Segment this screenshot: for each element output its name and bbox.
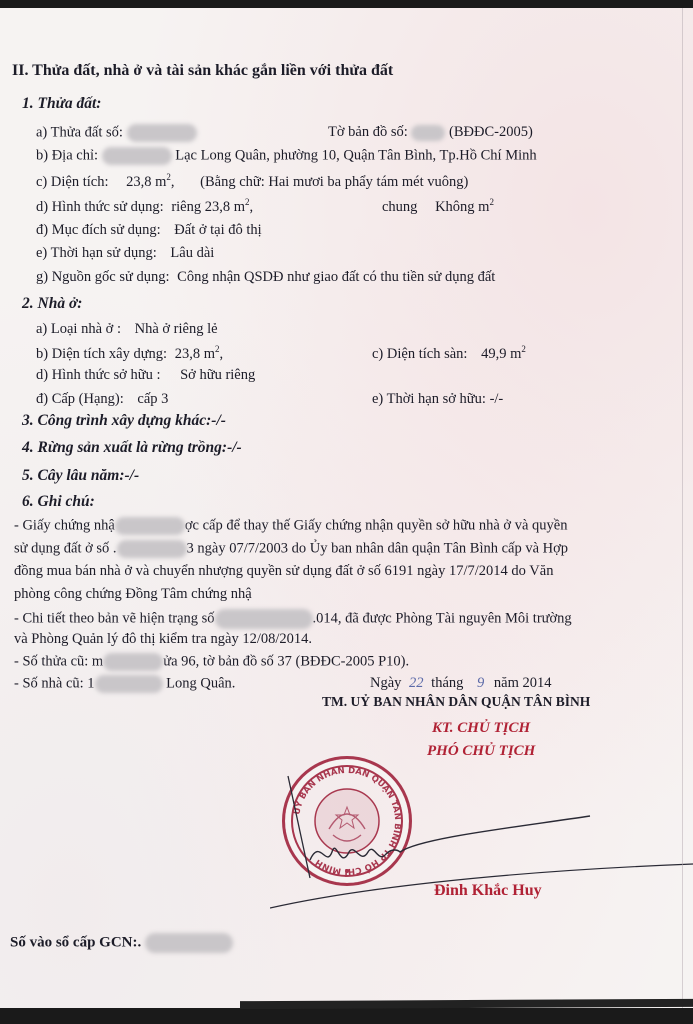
house-heading: 2. Nhà ở: [22,295,82,313]
area-row: c) Diện tích: 23,8 m2, (Bằng chữ: Hai mư… [36,172,468,191]
date-day: 22 [409,675,424,691]
build-area-value: 23,8 m [175,346,215,362]
map-sheet-label: Tờ bản đồ số: [328,124,408,140]
floor-area-label: c) Diện tích sàn: [372,346,467,362]
other-works-heading: 3. Công trình xây dựng khác:-/- [22,412,226,430]
certificate-page: II. Thửa đất, nhà ở và tài sản khác gắn … [0,8,693,1008]
redacted-old-parcel [103,653,163,671]
note-line-2: sử dụng đất ở số .3 ngày 07/7/2003 do Ủy… [14,540,568,558]
ownership-value: Sở hữu riêng [180,367,255,383]
date-month: 9 [477,675,484,691]
ownership-row: d) Hình thức sở hữu : Sở hữu riêng [36,367,255,384]
land-heading: 1. Thửa đất: [22,95,101,113]
section-title: II. Thửa đất, nhà ở và tài sản khác gắn … [12,62,393,80]
address-label: b) Địa chỉ: [36,147,98,163]
address-row: b) Địa chỉ: Lạc Long Quân, phường 10, Qu… [36,147,537,165]
floor-area-row: c) Diện tích sàn: 49,9 m2 [372,344,526,363]
note-text: sử dụng đất ở số . [14,540,117,556]
ownership-label: d) Hình thức sở hữu : [36,367,160,383]
area-words: (Bằng chữ: Hai mươi ba phẩy tám mét vuôn… [200,174,468,190]
usage-form-row: d) Hình thức sử dụng: riêng 23,8 m2, [36,197,253,216]
role-vice-chairman: PHÓ CHỦ TỊCH [427,743,535,760]
note-text: - Số nhà cũ: 1 [14,675,95,691]
note-line-7: - Số thửa cũ: mửa 96, tờ bản đồ số 37 (B… [14,653,409,671]
note-text: - Chi tiết theo bản vẽ hiện trạng số [14,610,215,626]
grade-label: đ) Cấp (Hạng): [36,391,124,407]
house-type-value: Nhà ở riêng lẻ [135,321,218,337]
notes-heading: 6. Ghi chú: [22,493,95,511]
redacted-house-number [102,147,172,165]
month-label: tháng [431,675,463,691]
area-label: c) Diện tích: [36,174,108,190]
issue-date: Ngày 22 tháng 9 năm 2014 [370,675,551,692]
parcel-number-label: a) Thửa đất số: [36,124,123,140]
origin-label: g) Nguồn gốc sử dụng: [36,269,170,285]
note-text: 3 ngày 07/7/2003 do Ủy ban nhân dân quận… [187,540,569,556]
note-text: ợc cấp để thay thế Giấy chứng nhận quyền… [185,517,568,533]
purpose-row: đ) Mục đích sử dụng: Đất ở tại đô thị [36,222,262,239]
grade-row: đ) Cấp (Hạng): cấp 3 [36,391,168,408]
area-value: 23,8 m [126,174,166,190]
signer-name: Đinh Khắc Huy [434,882,542,900]
usage-form-label: d) Hình thức sử dụng: [36,199,164,215]
usage-shared-value: Không m [435,199,489,215]
usage-shared-label: chung [382,199,417,215]
purpose-label: đ) Mục đích sử dụng: [36,222,161,238]
usage-private: riêng 23,8 m [171,199,245,215]
redacted-drawing-number [215,609,313,629]
note-text: - Số thửa cũ: m [14,653,103,669]
redacted-registry-number [145,933,233,953]
build-area-row: b) Diện tích xây dựng: 23,8 m2, [36,344,223,363]
land-parcel-row: a) Thửa đất số: [36,124,197,142]
note-line-4: phòng công chứng Đồng Tâm chứng nhậ [14,586,252,603]
perennial-heading: 5. Cây lâu năm:-/- [22,467,139,485]
note-text: - Giấy chứng nhậ [14,517,115,533]
role-deputy-for: KT. CHỦ TỊCH [432,720,530,737]
forest-heading: 4. Rừng sản xuất là rừng trồng:-/- [22,439,242,457]
house-type-row: a) Loại nhà ở : Nhà ở riêng lẻ [36,321,218,338]
note-text: Long Quân. [166,675,235,691]
note-line-6: và Phòng Quản lý đô thị kiểm tra ngày 12… [14,631,312,648]
term-value: Lâu dài [170,245,214,261]
term-row: e) Thời hạn sử dụng: Lâu dài [36,245,214,262]
ownership-term-value: -/- [490,391,504,407]
note-line-8: - Số nhà cũ: 1 Long Quân. [14,675,235,693]
floor-area-value: 49,9 m [481,346,521,362]
address-value: Lạc Long Quân, phường 10, Quận Tân Bình,… [175,147,536,163]
redacted-old-certificate [117,540,187,558]
registry-label: Số vào sổ cấp GCN:. [10,934,141,950]
note-text: .014, đã được Phòng Tài nguyên Môi trườn… [313,610,572,626]
note-text: ửa 96, tờ bản đồ số 37 (BĐĐC-2005 P10). [163,653,409,669]
grade-value: cấp 3 [137,391,168,407]
origin-value: Công nhận QSDĐ như giao đất có thu tiền … [177,269,495,285]
note-line-5: - Chi tiết theo bản vẽ hiện trạng số.014… [14,609,572,629]
note-line-3: đồng mua bán nhà ở và chuyển nhượng quyề… [14,563,553,580]
usage-shared: chung Không m2 [382,197,494,216]
issuing-authority: TM. UỶ BAN NHÂN DÂN QUẬN TÂN BÌNH [322,694,590,710]
redacted-map-sheet [411,125,445,141]
origin-row: g) Nguồn gốc sử dụng: Công nhận QSDĐ như… [36,269,495,286]
note-line-1: - Giấy chứng nhậợc cấp để thay thế Giấy … [14,517,567,535]
build-area-label: b) Diện tích xây dựng: [36,346,167,362]
note-text: phòng công chứng Đồng Tâm chứng nhậ [14,586,252,602]
house-type-label: a) Loại nhà ở : [36,321,121,337]
redacted-certificate [115,517,185,535]
ownership-term-label: e) Thời hạn sở hữu: [372,391,486,407]
redacted-old-house-number [95,675,163,693]
date-prefix: Ngày [370,675,401,691]
redacted-parcel-number [127,124,197,142]
purpose-value: Đất ở tại đô thị [174,222,261,238]
term-label: e) Thời hạn sử dụng: [36,245,157,261]
year-label: năm 2014 [494,675,552,691]
ownership-term-row: e) Thời hạn sở hữu: -/- [372,391,503,408]
registry-number-row: Số vào sổ cấp GCN:. [10,933,233,953]
map-sheet-suffix: (BĐĐC-2005) [449,124,533,140]
map-sheet-row: Tờ bản đồ số: (BĐĐC-2005) [328,124,533,141]
